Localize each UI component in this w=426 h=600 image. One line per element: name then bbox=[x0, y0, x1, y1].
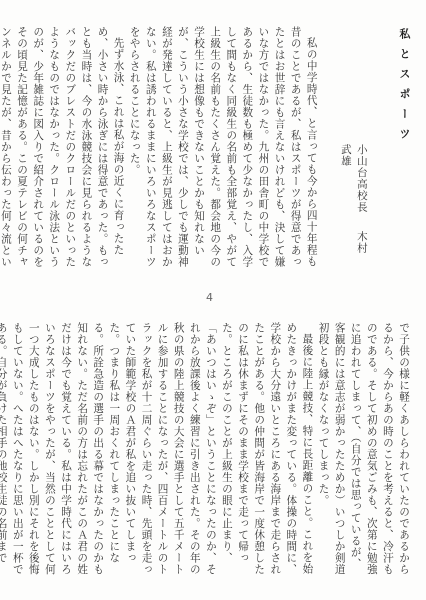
paragraph: 最後に陸上競技、特に長距離のこと。これを始めたきっかけがまた変っている。体操の時… bbox=[0, 322, 315, 580]
scanned-sheet: 私とスポーツ 小山台高校長木村 武雄 私の中学時代、と言っても今から四十年程も昔… bbox=[0, 0, 426, 600]
essay-page-bottom: で子供の様に軽くあしらわれていたのであるからるから、今からあの時のことを考えると… bbox=[18, 322, 412, 580]
essay-page-top: 私とスポーツ 小山台高校長木村 武雄 私の中学時代、と言っても今から四十年程も昔… bbox=[18, 26, 412, 272]
page-number: 4 bbox=[206, 291, 213, 304]
essay-title: 私とスポーツ bbox=[396, 26, 412, 272]
paragraph: 先ず水泳、これは私が海の近くに育ったため、小さい時から泳ぎには得意であった。もっ… bbox=[0, 26, 127, 272]
byline: 小山台高校長木村 武雄 bbox=[338, 26, 370, 272]
paragraph: で子供の様に軽くあしらわれていたのであるからるから、今からあの時のことを考えると… bbox=[315, 322, 412, 580]
paragraph: 私の中学時代、と言っても今から四十年程も昔のことであるが、私はスポーツが得意であ… bbox=[127, 26, 320, 272]
author-title: 小山台高校長 bbox=[356, 144, 368, 213]
